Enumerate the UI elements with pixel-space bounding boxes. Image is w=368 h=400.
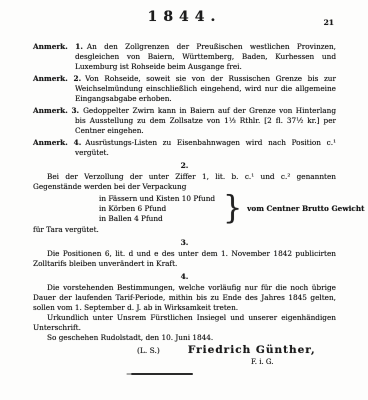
section-2-number: 2. — [33, 161, 336, 171]
page-number: 21 — [324, 18, 334, 28]
tara-allowance-block: in Fässern und Kisten 10 Pfund in Körben… — [99, 194, 336, 224]
tara-item-list: in Fässern und Kisten 10 Pfund in Körben… — [99, 194, 215, 224]
scanned-document-page: 1844. 21 Anmerk. 1.An den Zollgrenzen de… — [0, 0, 368, 400]
tara-item: in Körben 6 Pfund — [99, 204, 215, 214]
annotation-4-label: Anmerk. 4. — [33, 138, 85, 147]
tara-item: in Fässern und Kisten 10 Pfund — [99, 194, 215, 204]
signature-name: Friedrich Günther, — [188, 345, 316, 355]
brace-glyph: } — [223, 193, 242, 225]
seal-mark: (L. S.) — [137, 346, 160, 356]
annotation-2-label: Anmerk. 2. — [33, 74, 85, 83]
annotation-4-text: Ausrüstungs-Listen zu Eisenbahnwagen wir… — [75, 138, 336, 157]
brace-note: vom Centner Brutto Gewicht — [247, 204, 364, 214]
section-3-number: 3. — [33, 238, 336, 248]
year-heading: 1844. — [33, 12, 336, 22]
annotation-1: Anmerk. 1.An den Zollgrenzen der Preußis… — [33, 42, 336, 72]
end-rule-divider — [131, 373, 193, 375]
page-content: 1844. 21 Anmerk. 1.An den Zollgrenzen de… — [33, 12, 336, 375]
annotation-1-label: Anmerk. 1. — [33, 42, 87, 51]
annotation-2-text: Von Rohseide, soweit sie von der Russisc… — [75, 74, 336, 103]
countersign-initials: F. i. G. — [251, 357, 336, 367]
annotation-3: Anmerk. 3.Gedoppelter Zwirn kann in Baie… — [33, 106, 336, 136]
annotation-3-label: Anmerk. 3. — [33, 106, 83, 115]
signature-row: (L. S.) Friedrich Günther, — [137, 345, 336, 356]
annotation-2: Anmerk. 2.Von Rohseide, soweit sie von d… — [33, 74, 336, 104]
section-2-intro: Bei der Verzollung der unter Ziffer 1, l… — [33, 172, 336, 192]
place-date-line: So geschehen Rudolstadt, den 10. Juni 18… — [33, 333, 336, 343]
section-2-outro: für Tara vergütet. — [33, 225, 336, 235]
tara-item: in Ballen 4 Pfund — [99, 214, 215, 224]
section-4-text: Die vorstehenden Bestimmungen, welche vo… — [33, 283, 336, 313]
section-4-number: 4. — [33, 272, 336, 282]
annotation-1-text: An den Zollgrenzen der Preußischen westl… — [75, 42, 336, 71]
annotation-3-text: Gedoppelter Zwirn kann in Baiern auf der… — [75, 106, 336, 135]
annotation-4: Anmerk. 4.Ausrüstungs-Listen zu Eisenbah… — [33, 138, 336, 158]
attestation-text: Urkundlich unter Unsrem Fürstlichen Insi… — [33, 313, 336, 333]
masthead: 1844. 21 — [33, 12, 336, 36]
section-3-text: Die Positionen 6, lit. d und e des unter… — [33, 249, 336, 269]
